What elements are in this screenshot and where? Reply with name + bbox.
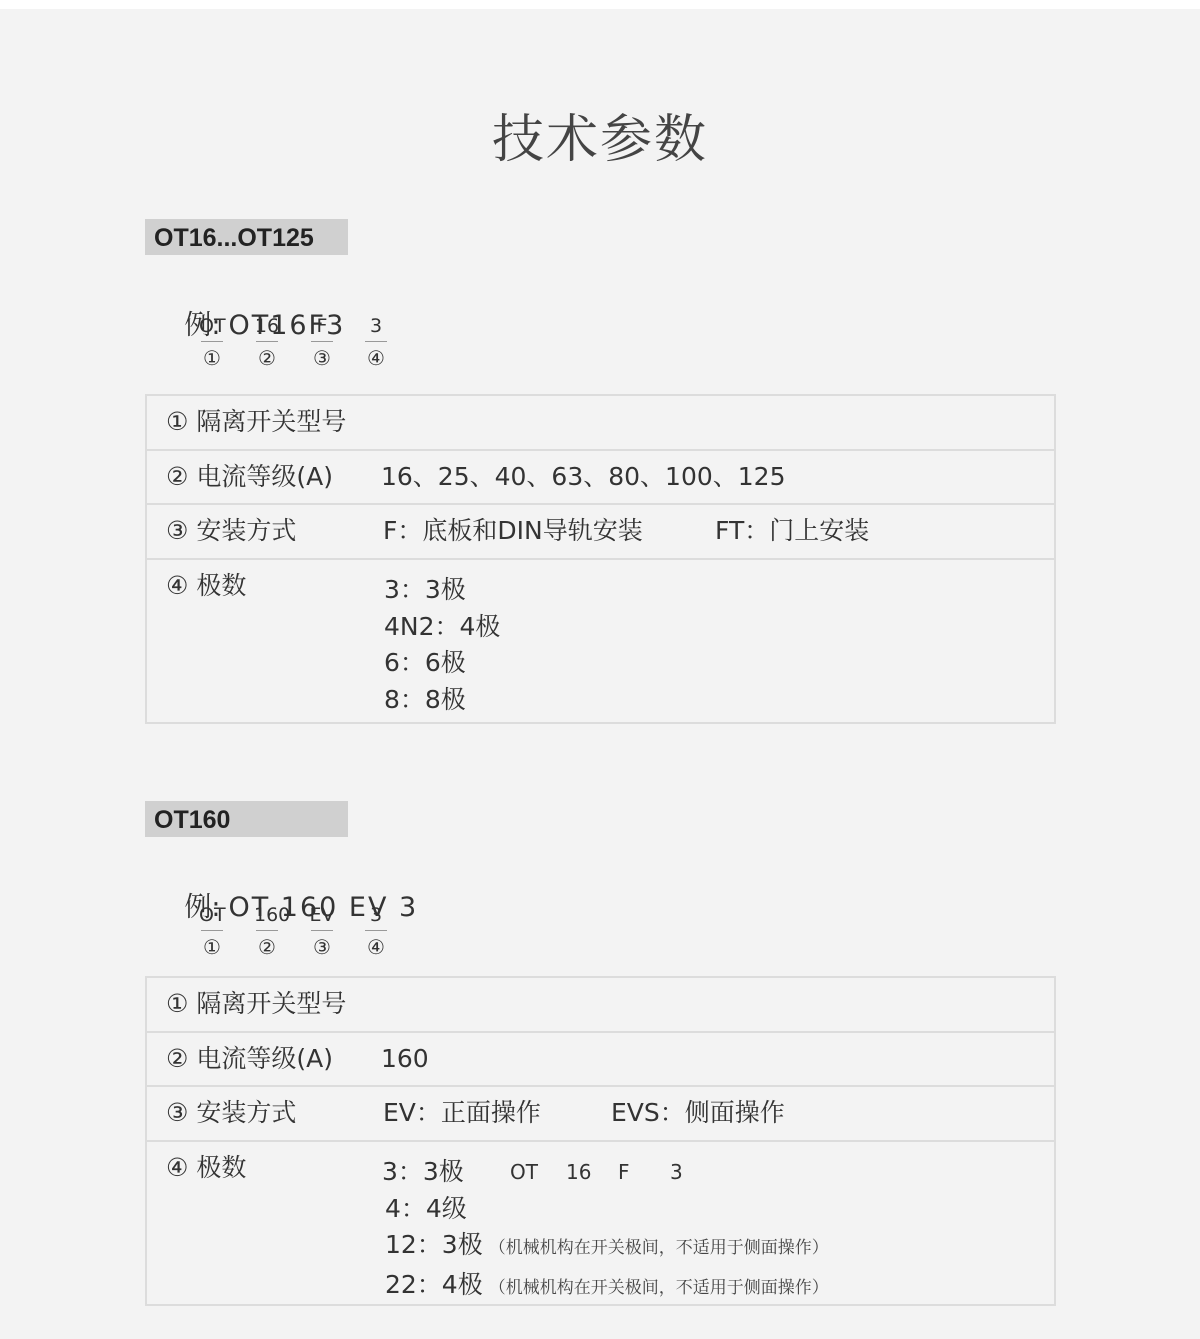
spec-row-mounting: ③ 安装方式 F：底板和DIN导轨安装 FT：门上安装: [147, 505, 1054, 560]
decomp-part: 3: [363, 313, 389, 339]
spec-value-secondary: EVS：侧面操作: [611, 1087, 785, 1139]
poles-item-text: 3：3极: [382, 1157, 464, 1186]
decomp-number: ④: [363, 935, 389, 959]
decomp-item: EV ③: [309, 902, 335, 959]
decomp-item: 16 ②: [254, 313, 280, 370]
decomp-number: ②: [254, 935, 280, 959]
decomp-part: OT: [199, 313, 225, 339]
spec-row-current: ② 电流等级(A) 160: [147, 1033, 1054, 1087]
decomp-divider: [311, 930, 333, 931]
spec-label: ④ 极数: [166, 560, 246, 612]
decomp-item: 3 ④: [363, 902, 389, 959]
decomp-part: F: [309, 313, 335, 339]
spec-label: ③ 安装方式: [166, 505, 296, 557]
spec-row-mounting: ③ 安装方式 EV：正面操作 EVS：侧面操作: [147, 1087, 1054, 1142]
page-title: 技术参数: [0, 105, 1200, 175]
spec-row-poles: ④ 极数 3：3极 4N2：4极 6：6极 8：8极: [147, 560, 1054, 722]
poles-item: 12：3极（机械机构在开关极间，不适用于侧面操作）: [385, 1227, 829, 1267]
decomp-number: ①: [199, 346, 225, 370]
inline-part: F: [618, 1154, 670, 1191]
decomp-divider: [256, 930, 278, 931]
decomp-part: OT: [199, 902, 225, 928]
inline-part: 3: [670, 1154, 683, 1191]
decomp-number: ③: [309, 346, 335, 370]
decomp-divider: [201, 341, 223, 342]
decomp-part: EV: [309, 902, 335, 928]
decomp-number: ④: [363, 346, 389, 370]
spec-value: EV：正面操作: [383, 1087, 541, 1139]
poles-list: 3：3极 4N2：4极 6：6极 8：8极: [384, 572, 500, 718]
poles-item-note: （机械机构在开关极间，不适用于侧面操作）: [489, 1278, 829, 1298]
spec-label: ① 隔离开关型号: [166, 978, 346, 1030]
spec-value: 16、25、40、63、80、100、125: [381, 451, 786, 503]
inline-code-parts: OT16F3: [510, 1154, 683, 1191]
spec-row-model: ① 隔离开关型号: [147, 978, 1054, 1033]
decomp-divider: [365, 341, 387, 342]
decomp-divider: [311, 341, 333, 342]
spec-value: F：底板和DIN导轨安装: [383, 505, 643, 557]
section-tag: OT160: [145, 801, 348, 837]
spec-label: ③ 安装方式: [166, 1087, 296, 1139]
decomp-item: OT ①: [199, 902, 225, 959]
spec-row-model: ① 隔离开关型号: [147, 396, 1054, 451]
decomp-item: 160 ②: [254, 902, 280, 959]
decomp-item: F ③: [309, 313, 335, 370]
poles-list: 3：3极 OT16F3 4：4级 12：3极（机械机构在开关极间，不适用于侧面操…: [382, 1154, 826, 1306]
poles-item-text: 22：4极: [385, 1270, 483, 1299]
spec-label: ④ 极数: [166, 1142, 246, 1194]
spec-table: ① 隔离开关型号 ② 电流等级(A) 160 ③ 安装方式 EV：正面操作 EV…: [145, 976, 1056, 1306]
spec-row-poles: ④ 极数 3：3极 OT16F3 4：4级 12：3极（机械机构在开关极间，不适…: [147, 1142, 1054, 1304]
poles-item: 22：4极（机械机构在开关极间，不适用于侧面操作）: [385, 1267, 829, 1307]
spec-value: 160: [381, 1033, 429, 1085]
inline-part: 16: [566, 1154, 618, 1191]
section-tag: OT16...OT125: [145, 219, 348, 255]
spec-value-secondary: FT：门上安装: [715, 505, 869, 557]
decomp-part: 16: [254, 313, 280, 339]
decomp-item: 3 ④: [363, 313, 389, 370]
decomp-item: OT ①: [199, 313, 225, 370]
poles-item: 6：6极: [384, 645, 500, 682]
spec-label: ② 电流等级(A): [166, 451, 333, 503]
spec-label: ② 电流等级(A): [166, 1033, 333, 1085]
decomp-divider: [256, 341, 278, 342]
decomp-part: 3: [363, 902, 389, 928]
spec-label: ① 隔离开关型号: [166, 396, 346, 448]
poles-item: 3：3极: [384, 572, 500, 609]
decomp-part: 160: [254, 902, 280, 928]
poles-item: 4N2：4极: [384, 609, 500, 646]
spec-table: ① 隔离开关型号 ② 电流等级(A) 16、25、40、63、80、100、12…: [145, 394, 1056, 724]
decomp-number: ①: [199, 935, 225, 959]
decomp-divider: [201, 930, 223, 931]
decomp-number: ②: [254, 346, 280, 370]
poles-item: 3：3极 OT16F3: [382, 1154, 826, 1191]
inline-part: OT: [510, 1154, 566, 1191]
poles-item: 8：8极: [384, 682, 500, 719]
decomp-number: ③: [309, 935, 335, 959]
poles-item-text: 12：3极: [385, 1230, 483, 1259]
decomp-divider: [365, 930, 387, 931]
poles-item: 4：4级: [385, 1191, 829, 1228]
poles-item-note: （机械机构在开关极间，不适用于侧面操作）: [489, 1238, 829, 1258]
top-strip: [0, 0, 1200, 9]
spec-row-current: ② 电流等级(A) 16、25、40、63、80、100、125: [147, 451, 1054, 505]
